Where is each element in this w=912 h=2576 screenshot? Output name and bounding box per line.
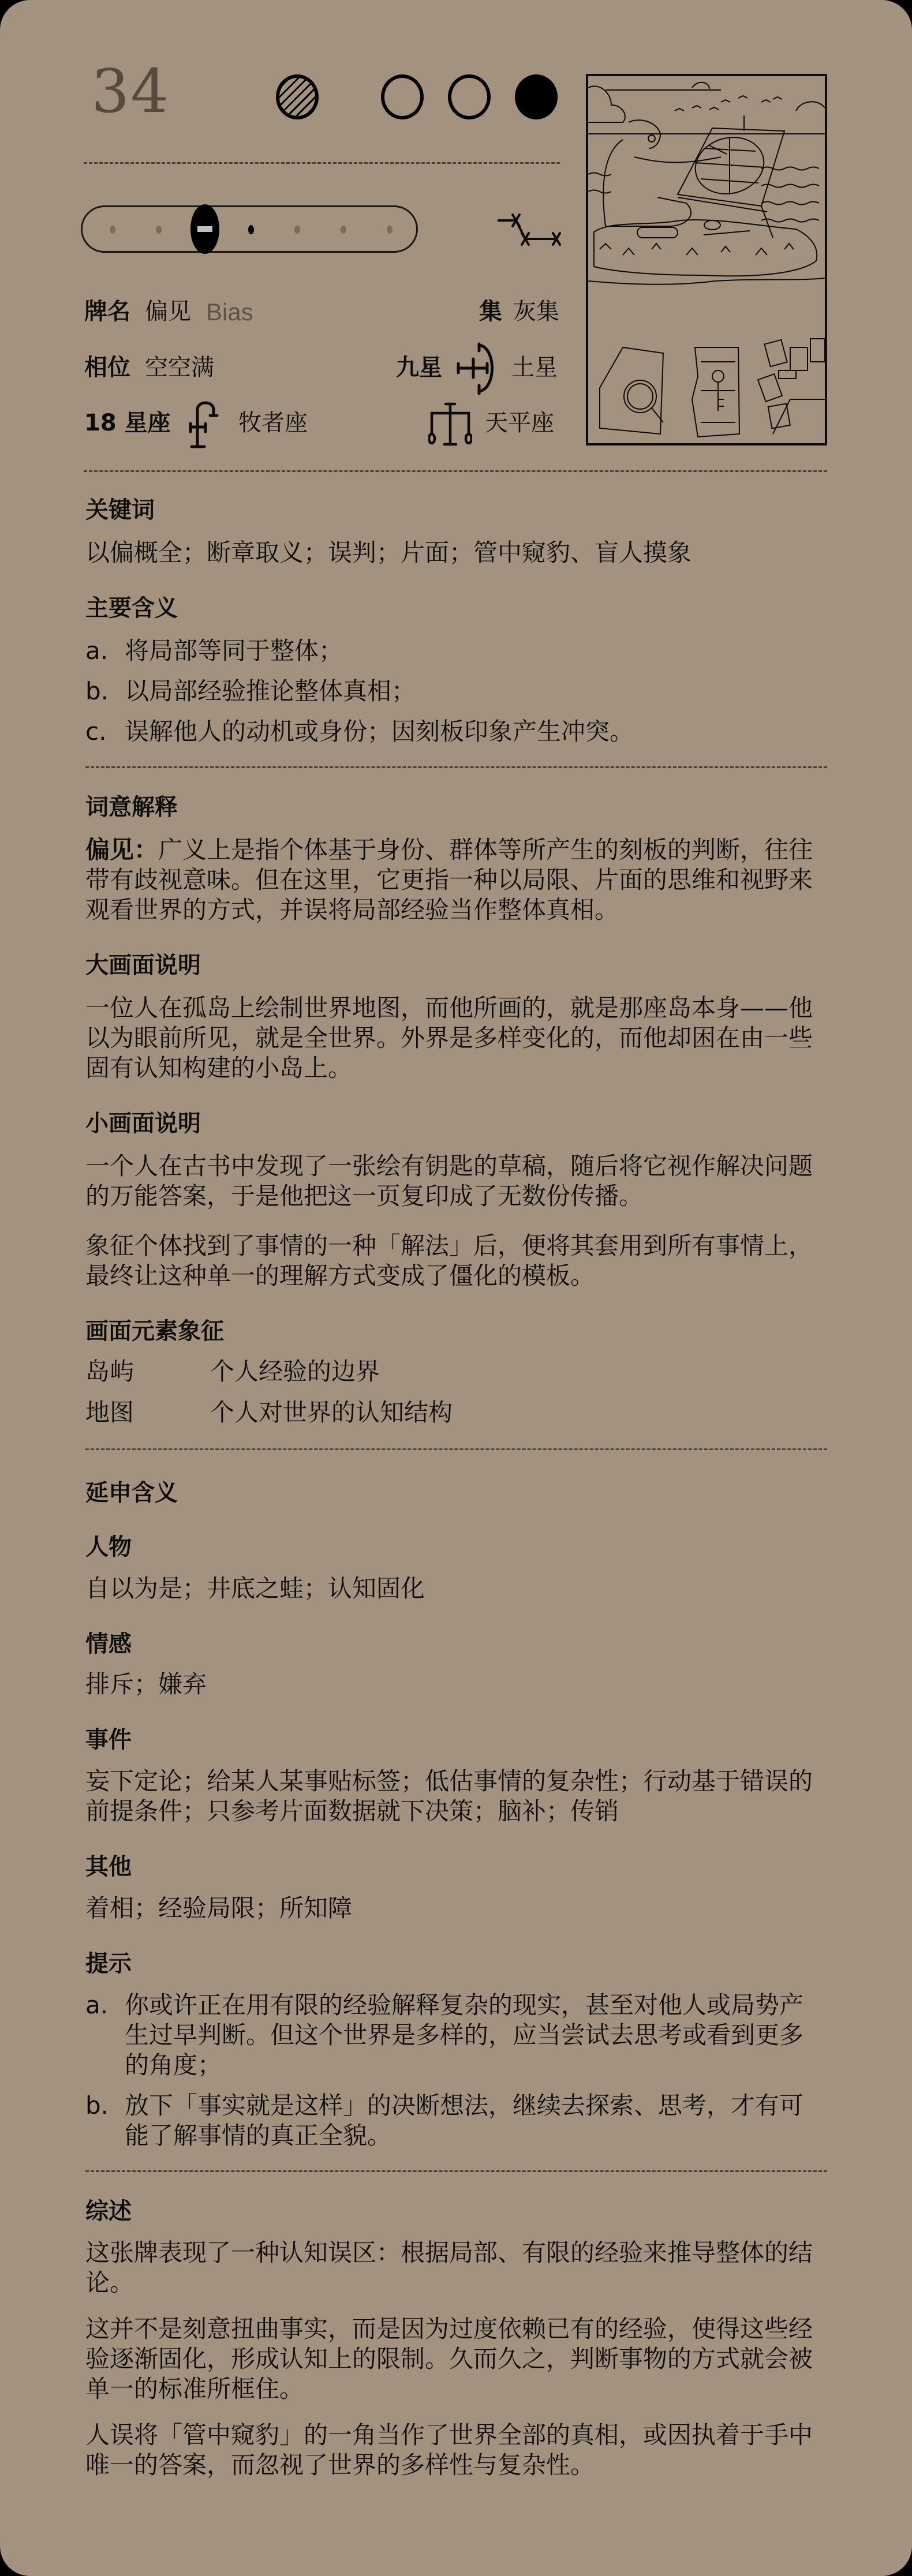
list-item: c. 误解他人的动机或身份；因刻板印象产生冲突。 [85,717,827,747]
filled-circle-icon [515,74,558,119]
libra-icon [428,400,472,448]
list-text: 以局部经验推论整体真相； [125,676,827,706]
aspect-value: 空空满 [145,356,214,379]
section-summary: 综述 这张牌表现了一种认知误区：根据局部、有限的经验来推导整体的结论。 这并不是… [85,2196,827,2480]
list-item: a. 你或许正在用有限的经验解释复杂的现实，甚至对他人或局势产生过早判断。但这个… [85,1990,827,2080]
people-text: 自以为是；井底之蛙；认知固化 [85,1574,827,1604]
section-title: 词意解释 [85,792,827,822]
subsection-title: 提示 [85,1949,827,1979]
empty-circle-icon [448,74,491,119]
zodiac1-value: 牧者座 [238,411,308,435]
set-value: 灰集 [513,298,559,325]
definition-text: 偏见：广义上是指个体基于身份、群体等所产生的刻板的判断，往往带有歧视意味。但在这… [85,835,827,925]
summary-text: 这并不是刻意扭曲事实，而是因为过度依赖已有的经验，使得这些经验逐渐固化，形成认知… [85,2314,827,2404]
list-text: 你或许正在用有限的经验解释复杂的现实，甚至对他人或局势产生过早判断。但这个世界是… [125,1990,827,2080]
section-elements: 画面元素象征 岛屿 个人经验的边界 地图 个人对世界的认知结构 [85,1316,827,1428]
element-row: 地图 个人对世界的认知结构 [85,1398,827,1428]
element-value: 个人经验的边界 [210,1357,380,1387]
list-item: a. 将局部等同于整体； [85,636,827,666]
small-picture-text: 象征个体找到了事情的一种「解法」后，便将其套用到所有事情上，最终让这种单一的理解… [85,1231,827,1291]
section-big-picture: 大画面说明 一位人在孤岛上绘制世界地图，而他所画的，就是那座岛本身——他以为眼前… [85,950,827,1083]
planet-value: 土星 [511,356,558,379]
zodiac-label: 18 星座 [84,411,171,435]
element-value: 个人对世界的认知结构 [210,1398,453,1428]
zodiac2-value: 天平座 [485,411,554,435]
subsection-title: 事件 [85,1725,827,1755]
section-title: 关键词 [85,495,827,525]
card-name-english: Bias [206,300,253,324]
constellation-icon [496,212,562,246]
minus-icon [197,226,212,232]
section-keywords: 关键词 以偏概全；断章取义；误判；片面；管中窥豹、盲人摸象 [85,495,827,568]
element-row: 岛屿 个人经验的边界 [85,1357,827,1387]
section-title: 大画面说明 [85,950,827,980]
small-picture-text: 一个人在古书中发现了一张绘有钥匙的草稿，随后将它视作解决问题的万能答案，于是他把… [85,1151,827,1211]
definition-term: 偏见： [85,836,158,864]
tarot-card: 34 牌名 偏见 Bias 集 灰集 相位 空空满 九星 [0,0,912,2576]
card-number: 34 [91,61,170,121]
position-slider[interactable] [81,205,418,253]
emotion-text: 排斥；嫌弃 [85,1669,827,1699]
list-text: 放下「事实就是这样」的决断想法，继续去探索、思考，才有可能了解事情的真正全貌。 [125,2091,827,2151]
card-content: 关键词 以偏概全；断章取义；误判；片面；管中窥豹、盲人摸象 主要含义 a. 将局… [85,495,827,2480]
list-item: b. 以局部经验推论整体真相； [85,676,827,706]
list-marker: c. [85,717,125,747]
section-title: 画面元素象征 [85,1316,827,1346]
subsection-title: 其他 [85,1852,827,1882]
island-painter-illustration [588,76,825,443]
list-item: b. 放下「事实就是这样」的决断想法，继续去探索、思考，才有可能了解事情的真正全… [85,2091,827,2151]
list-text: 误解他人的动机或身份；因刻板印象产生冲突。 [125,717,827,747]
list-marker: a. [85,1990,125,2080]
saturn-icon [456,342,501,395]
section-definition: 词意解释 偏见：广义上是指个体基于身份、群体等所产生的刻板的判断，往往带有歧视意… [85,792,827,925]
list-marker: b. [85,2091,125,2151]
planet-label: 九星 [396,356,442,379]
keywords-text: 以偏概全；断章取义；误判；片面；管中窥豹、盲人摸象 [85,538,827,568]
slider-dot[interactable] [156,226,162,234]
bootes-icon [188,398,220,449]
divider [84,162,560,164]
big-picture-text: 一位人在孤岛上绘制世界地图，而他所画的，就是那座岛本身——他以为眼前所见，就是全… [85,993,827,1083]
list-marker: b. [85,676,125,706]
other-text: 着相；经验局限；所知障 [85,1893,827,1923]
card-name-value: 偏见 [145,300,191,323]
summary-text: 这张牌表现了一种认知误区：根据局部、有限的经验来推导整体的结论。 [85,2238,827,2298]
slider-dot-marked[interactable] [248,225,254,234]
section-main-meaning: 主要含义 a. 将局部等同于整体； b. 以局部经验推论整体真相； c. 误解他… [85,593,827,747]
section-title: 主要含义 [85,593,827,623]
slider-dot[interactable] [294,226,300,234]
aspect-label: 相位 [84,356,130,379]
section-title: 延申含义 [85,1478,827,1508]
subsection-title: 人物 [85,1532,827,1562]
slider-knob[interactable] [190,204,219,254]
set-label: 集 [479,298,502,325]
element-key: 地图 [85,1398,210,1428]
list-text: 将局部等同于整体； [125,636,827,666]
list-marker: a. [85,636,125,666]
card-illustration [586,74,827,445]
divider [84,470,827,472]
slider-dot[interactable] [387,226,393,234]
summary-text: 人误将「管中窥豹」的一角当作了世界全部的真相，或因执着于手中唯一的答案，而忽视了… [85,2420,827,2480]
slider-dot[interactable] [341,226,346,234]
definition-body: 广义上是指个体基于身份、群体等所产生的刻板的判断，往往带有歧视意味。但在这里，它… [85,836,813,924]
section-title: 综述 [85,2196,827,2226]
card-name-label: 牌名 [84,300,130,323]
hatched-circle-icon [276,74,319,119]
slider-dot[interactable] [110,226,115,234]
element-key: 岛屿 [85,1357,210,1387]
section-extended: 延申含义 人物 自以为是；井底之蛙；认知固化 情感 排斥；嫌弃 事件 妄下定论；… [85,1478,827,2151]
set-field: 集 灰集 [479,300,559,323]
section-title: 小画面说明 [85,1109,827,1139]
events-text: 妄下定论；给某人某事贴标签；低估事情的复杂性；行动基于错误的前提条件；只参考片面… [85,1766,827,1826]
section-small-picture: 小画面说明 一个人在古书中发现了一张绘有钥匙的草稿，随后将它视作解决问题的万能答… [85,1109,827,1291]
subsection-title: 情感 [85,1629,827,1659]
empty-circle-icon [381,74,424,119]
